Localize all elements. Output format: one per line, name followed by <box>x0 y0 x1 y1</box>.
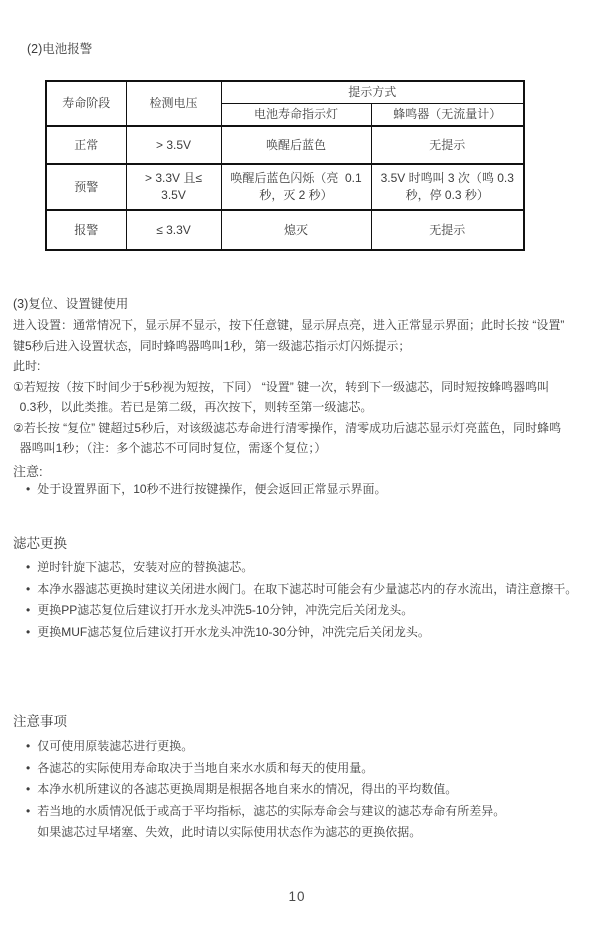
table-row: 正常 > 3.5V 唤醒后蓝色 无提示 <box>46 126 524 164</box>
list-item: • 仅可使用原装滤芯进行更换。 <box>0 736 594 758</box>
table-header-buzzer: 蜂鸣器（无流量计） <box>371 104 524 127</box>
bullet-icon: • <box>0 579 30 601</box>
cell-indicator: 熄灭 <box>221 210 371 250</box>
list-item: • 更换PP滤芯复位后建议打开水龙头冲洗5-10分钟，冲洗完后关闭龙头。 <box>0 600 594 622</box>
cell-buzzer: 无提示 <box>371 126 524 164</box>
cell-stage: 报警 <box>46 210 126 250</box>
battery-alarm-table: 寿命阶段 检测电压 提示方式 电池寿命指示灯 蜂鸣器（无流量计） 正常 > 3.… <box>45 80 525 251</box>
cell-voltage: ≤ 3.3V <box>126 210 221 250</box>
table-row: 报警 ≤ 3.3V 熄灭 无提示 <box>46 210 524 250</box>
list-item: • 本净水机所建议的各滤芯更换周期是根据各地自来水的情况，得出的平均数值。 <box>0 779 594 801</box>
note-heading: 注意: <box>13 461 43 480</box>
reset-settings-heading: (3)复位、设置键使用 <box>13 294 128 312</box>
list-item: • 处于设置界面下，10秒不进行按键操作，便会返回正常显示界面。 <box>0 479 594 501</box>
table-header-voltage: 检测电压 <box>126 81 221 126</box>
cell-buzzer: 无提示 <box>371 210 524 250</box>
bullet-icon: • <box>0 779 30 801</box>
bullet-icon: • <box>0 622 30 644</box>
cell-stage: 预警 <box>46 164 126 210</box>
bullet-icon: • <box>0 600 30 622</box>
bullet-icon: • <box>0 801 30 844</box>
note-list: • 处于设置界面下，10秒不进行按键操作，便会返回正常显示界面。 <box>0 479 594 501</box>
cell-buzzer: 3.5V 时鸣叫 3 次（鸣 0.3 秒，停 0.3 秒） <box>371 164 524 210</box>
reset-settings-body: 进入设置：通常情况下，显示屏不显示，按下任意键，显示屏点亮，进入正常显示界面；此… <box>13 315 585 459</box>
notice-heading: 注意事项 <box>13 710 67 730</box>
table-header-indicator-light: 电池寿命指示灯 <box>221 104 371 127</box>
list-item: • 若当地的水质情况低于或高于平均指标，滤芯的实际寿命会与建议的滤芯寿命有所差异… <box>0 801 594 844</box>
manual-page: (2)电池报警 寿命阶段 检测电压 提示方式 电池寿命指示灯 蜂鸣器（无流量计）… <box>0 0 594 926</box>
notice-list: • 仅可使用原装滤芯进行更换。 • 各滤芯的实际使用寿命取决于当地自来水水质和每… <box>0 736 594 844</box>
table-header-prompt-mode: 提示方式 <box>221 81 524 104</box>
cell-indicator: 唤醒后蓝色 <box>221 126 371 164</box>
bullet-icon: • <box>0 758 30 780</box>
table-row: 预警 > 3.3V 且≤ 3.5V 唤醒后蓝色闪烁（亮 0.1 秒，灭 2 秒）… <box>46 164 524 210</box>
cell-voltage: > 3.3V 且≤ 3.5V <box>126 164 221 210</box>
filter-replace-list: • 逆时针旋下滤芯，安装对应的替换滤芯。 • 本净水器滤芯更换时建议关闭进水阀门… <box>0 557 594 643</box>
list-item: • 更换MUF滤芯复位后建议打开水龙头冲洗10-30分钟，冲洗完后关闭龙头。 <box>0 622 594 644</box>
battery-alarm-heading: (2)电池报警 <box>27 39 92 57</box>
cell-stage: 正常 <box>46 126 126 164</box>
bullet-icon: • <box>0 736 30 758</box>
list-item: • 本净水器滤芯更换时建议关闭进水阀门。在取下滤芯时可能会有少量滤芯内的存水流出… <box>0 579 594 601</box>
table-header-life-stage: 寿命阶段 <box>46 81 126 126</box>
list-item: • 逆时针旋下滤芯，安装对应的替换滤芯。 <box>0 557 594 579</box>
list-item: • 各滤芯的实际使用寿命取决于当地自来水水质和每天的使用量。 <box>0 758 594 780</box>
bullet-icon: • <box>0 479 30 501</box>
filter-replace-heading: 滤芯更换 <box>13 532 67 552</box>
cell-voltage: > 3.5V <box>126 126 221 164</box>
cell-indicator: 唤醒后蓝色闪烁（亮 0.1 秒，灭 2 秒） <box>221 164 371 210</box>
bullet-icon: • <box>0 557 30 579</box>
page-number: 10 <box>0 889 594 904</box>
